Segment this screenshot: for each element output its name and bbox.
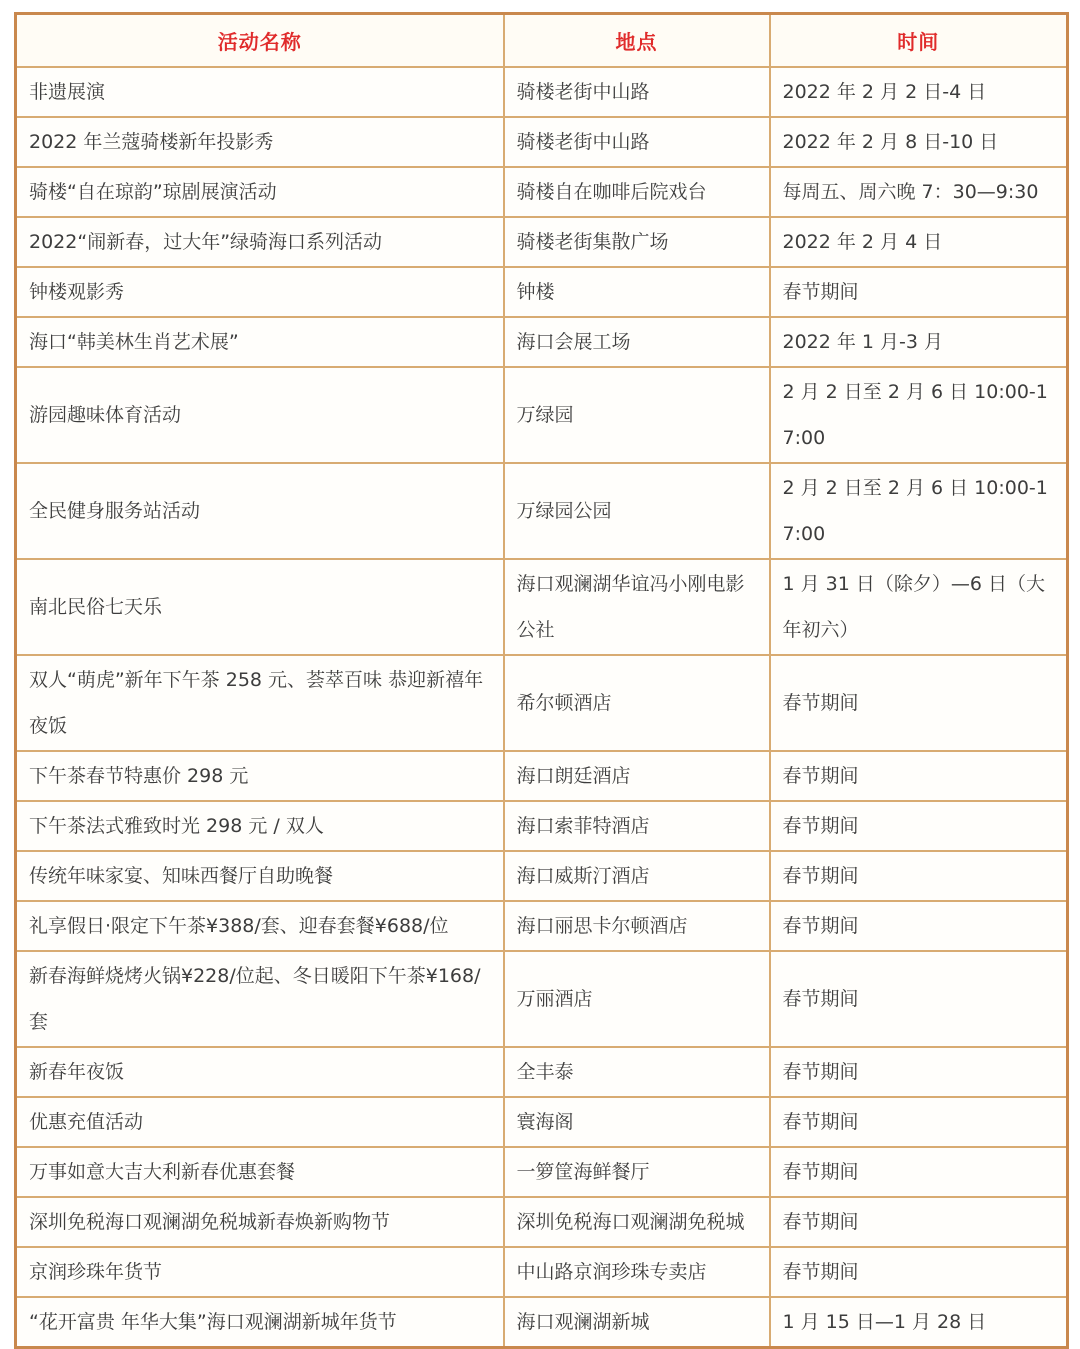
cell-activity: 双人“萌虎”新年下午茶 258 元、荟萃百味 恭迎新禧年夜饭: [16, 655, 504, 751]
cell-location: 骑楼老街中山路: [504, 67, 770, 117]
table-row: 游园趣味体育活动万绿园2 月 2 日至 2 月 6 日 10:00-17:00: [16, 367, 1068, 463]
cell-location: 骑楼老街中山路: [504, 117, 770, 167]
table-row: 2022 年兰蔻骑楼新年投影秀骑楼老街中山路2022 年 2 月 8 日-10 …: [16, 117, 1068, 167]
cell-time: 春节期间: [770, 655, 1068, 751]
cell-activity: 骑楼“自在琼韵”琼剧展演活动: [16, 167, 504, 217]
cell-time: 春节期间: [770, 1147, 1068, 1197]
table-row: 下午茶法式雅致时光 298 元 / 双人海口索菲特酒店春节期间: [16, 801, 1068, 851]
cell-time: 2022 年 2 月 8 日-10 日: [770, 117, 1068, 167]
table-row: 钟楼观影秀钟楼春节期间: [16, 267, 1068, 317]
table-row: 深圳免税海口观澜湖免税城新春焕新购物节深圳免税海口观澜湖免税城春节期间: [16, 1197, 1068, 1247]
cell-time: 2 月 2 日至 2 月 6 日 10:00-17:00: [770, 463, 1068, 559]
cell-activity: 2022“闹新春，过大年”绿骑海口系列活动: [16, 217, 504, 267]
cell-time: 1 月 31 日（除夕）—6 日（大年初六）: [770, 559, 1068, 655]
cell-location: 海口索菲特酒店: [504, 801, 770, 851]
cell-time: 春节期间: [770, 951, 1068, 1047]
page: 活动名称 地点 时间 非遗展演骑楼老街中山路2022 年 2 月 2 日-4 日…: [0, 0, 1080, 1242]
table-row: 南北民俗七天乐海口观澜湖华谊冯小刚电影公社1 月 31 日（除夕）—6 日（大年…: [16, 559, 1068, 655]
cell-location: 海口观澜湖新城: [504, 1297, 770, 1348]
cell-location: 骑楼自在咖啡后院戏台: [504, 167, 770, 217]
cell-location: 海口丽思卡尔顿酒店: [504, 901, 770, 951]
cell-activity: 新春海鲜烧烤火锅¥228/位起、冬日暖阳下午茶¥168/套: [16, 951, 504, 1047]
table-row: 2022“闹新春，过大年”绿骑海口系列活动骑楼老街集散广场2022 年 2 月 …: [16, 217, 1068, 267]
cell-time: 春节期间: [770, 801, 1068, 851]
cell-activity: 全民健身服务站活动: [16, 463, 504, 559]
cell-time: 春节期间: [770, 267, 1068, 317]
column-header-time: 时间: [770, 14, 1068, 68]
cell-location: 海口朗廷酒店: [504, 751, 770, 801]
cell-activity: 优惠充值活动: [16, 1097, 504, 1147]
cell-location: 万绿园: [504, 367, 770, 463]
cell-location: 寰海阁: [504, 1097, 770, 1147]
table-row: 双人“萌虎”新年下午茶 258 元、荟萃百味 恭迎新禧年夜饭希尔顿酒店春节期间: [16, 655, 1068, 751]
table-row: 骑楼“自在琼韵”琼剧展演活动骑楼自在咖啡后院戏台每周五、周六晚 7：30—9:3…: [16, 167, 1068, 217]
cell-time: 2022 年 1 月-3 月: [770, 317, 1068, 367]
cell-time: 2022 年 2 月 4 日: [770, 217, 1068, 267]
cell-activity: 深圳免税海口观澜湖免税城新春焕新购物节: [16, 1197, 504, 1247]
cell-location: 海口观澜湖华谊冯小刚电影公社: [504, 559, 770, 655]
table-row: 礼享假日·限定下午茶¥388/套、迎春套餐¥688/位海口丽思卡尔顿酒店春节期间: [16, 901, 1068, 951]
table-row: 海口“韩美林生肖艺术展”海口会展工场2022 年 1 月-3 月: [16, 317, 1068, 367]
column-header-activity: 活动名称: [16, 14, 504, 68]
cell-time: 春节期间: [770, 1197, 1068, 1247]
table-row: 万事如意大吉大利新春优惠套餐一箩筐海鲜餐厅春节期间: [16, 1147, 1068, 1197]
cell-activity: 钟楼观影秀: [16, 267, 504, 317]
cell-activity: 非遗展演: [16, 67, 504, 117]
cell-location: 中山路京润珍珠专卖店: [504, 1247, 770, 1297]
cell-time: 春节期间: [770, 851, 1068, 901]
cell-location: 一箩筐海鲜餐厅: [504, 1147, 770, 1197]
cell-activity: “花开富贵 年华大集”海口观澜湖新城年货节: [16, 1297, 504, 1348]
cell-time: 每周五、周六晚 7：30—9:30: [770, 167, 1068, 217]
cell-activity: 2022 年兰蔻骑楼新年投影秀: [16, 117, 504, 167]
cell-time: 春节期间: [770, 1097, 1068, 1147]
cell-location: 万丽酒店: [504, 951, 770, 1047]
cell-location: 深圳免税海口观澜湖免税城: [504, 1197, 770, 1247]
table-row: 传统年味家宴、知味西餐厅自助晚餐海口威斯汀酒店春节期间: [16, 851, 1068, 901]
cell-activity: 海口“韩美林生肖艺术展”: [16, 317, 504, 367]
table-row: “花开富贵 年华大集”海口观澜湖新城年货节海口观澜湖新城1 月 15 日—1 月…: [16, 1297, 1068, 1348]
header-row: 活动名称 地点 时间: [16, 14, 1068, 68]
cell-activity: 新春年夜饭: [16, 1047, 504, 1097]
cell-location: 海口威斯汀酒店: [504, 851, 770, 901]
cell-time: 春节期间: [770, 1247, 1068, 1297]
cell-time: 春节期间: [770, 751, 1068, 801]
table-body: 非遗展演骑楼老街中山路2022 年 2 月 2 日-4 日2022 年兰蔻骑楼新…: [16, 67, 1068, 1348]
cell-time: 2 月 2 日至 2 月 6 日 10:00-17:00: [770, 367, 1068, 463]
cell-time: 1 月 15 日—1 月 28 日: [770, 1297, 1068, 1348]
cell-activity: 游园趣味体育活动: [16, 367, 504, 463]
cell-activity: 礼享假日·限定下午茶¥388/套、迎春套餐¥688/位: [16, 901, 504, 951]
cell-time: 春节期间: [770, 901, 1068, 951]
cell-location: 骑楼老街集散广场: [504, 217, 770, 267]
cell-activity: 下午茶法式雅致时光 298 元 / 双人: [16, 801, 504, 851]
table-row: 新春海鲜烧烤火锅¥228/位起、冬日暖阳下午茶¥168/套万丽酒店春节期间: [16, 951, 1068, 1047]
table-row: 新春年夜饭全丰泰春节期间: [16, 1047, 1068, 1097]
cell-activity: 万事如意大吉大利新春优惠套餐: [16, 1147, 504, 1197]
cell-activity: 南北民俗七天乐: [16, 559, 504, 655]
cell-activity: 传统年味家宴、知味西餐厅自助晚餐: [16, 851, 504, 901]
cell-location: 全丰泰: [504, 1047, 770, 1097]
cell-location: 希尔顿酒店: [504, 655, 770, 751]
cell-location: 万绿园公园: [504, 463, 770, 559]
cell-activity: 下午茶春节特惠价 298 元: [16, 751, 504, 801]
events-table: 活动名称 地点 时间 非遗展演骑楼老街中山路2022 年 2 月 2 日-4 日…: [14, 12, 1069, 1349]
table-row: 京润珍珠年货节中山路京润珍珠专卖店春节期间: [16, 1247, 1068, 1297]
cell-location: 海口会展工场: [504, 317, 770, 367]
cell-time: 春节期间: [770, 1047, 1068, 1097]
table-row: 下午茶春节特惠价 298 元海口朗廷酒店春节期间: [16, 751, 1068, 801]
table-row: 优惠充值活动寰海阁春节期间: [16, 1097, 1068, 1147]
column-header-location: 地点: [504, 14, 770, 68]
table-row: 非遗展演骑楼老街中山路2022 年 2 月 2 日-4 日: [16, 67, 1068, 117]
table-row: 全民健身服务站活动万绿园公园2 月 2 日至 2 月 6 日 10:00-17:…: [16, 463, 1068, 559]
cell-activity: 京润珍珠年货节: [16, 1247, 504, 1297]
cell-location: 钟楼: [504, 267, 770, 317]
cell-time: 2022 年 2 月 2 日-4 日: [770, 67, 1068, 117]
